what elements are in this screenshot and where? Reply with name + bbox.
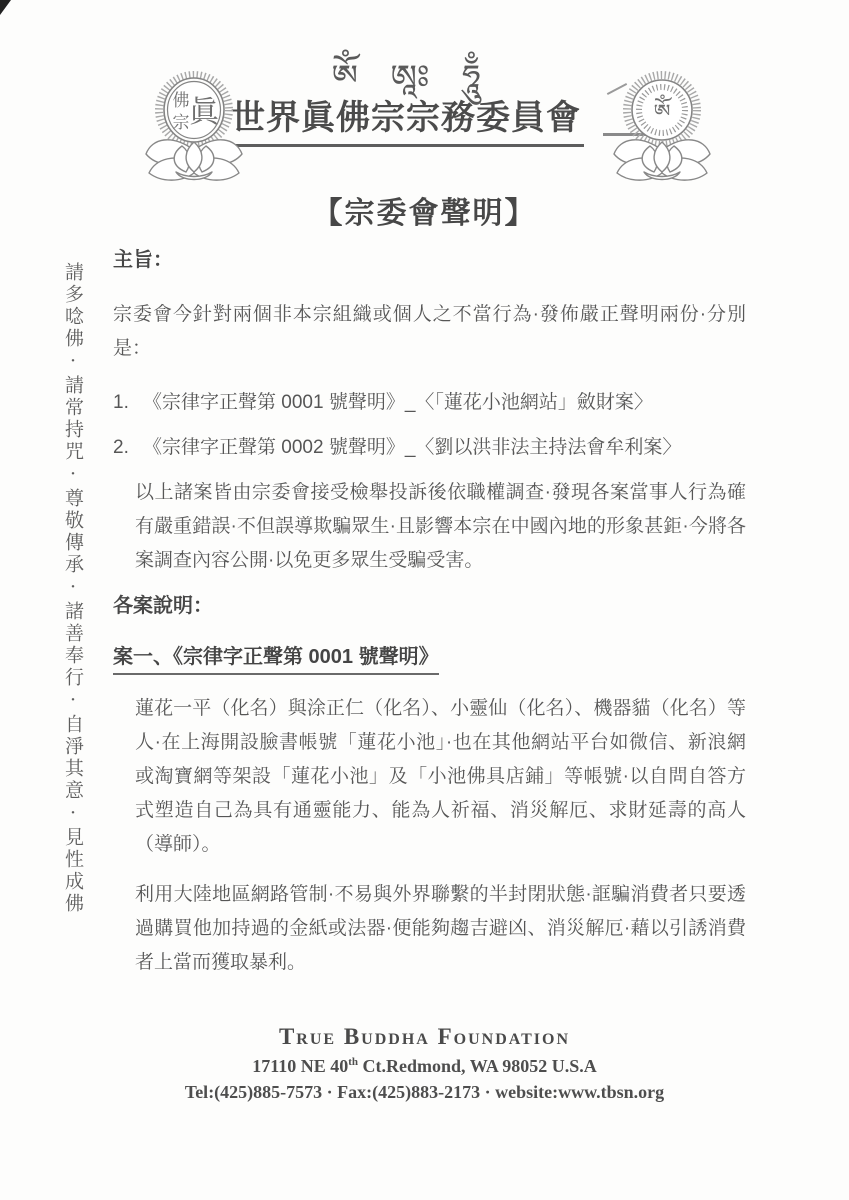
lotus-icon: [614, 140, 710, 180]
org-title-wrap: 世界眞佛宗宗務委員會: [228, 90, 584, 147]
list-item: 1. 《宗律字正聲第 0001 號聲明》_〈「蓮花小池網站」斂財案〉: [113, 386, 746, 420]
case1-paragraph-1: 蓮花一平（化名）與涂正仁（化名）、小靈仙（化名）、機器貓（化名）等人·在上海開設…: [113, 692, 746, 862]
document-page: ཨོཾ ཨཱཿ ཧཱུྃ 世界眞佛宗宗務委員會 眞 佛 宗 ༀ: [0, 0, 849, 1200]
case1-paragraph-2: 利用大陸地區網路管制·不易與外界聯繫的半封閉狀態·誆騙消費者只要透過購買他加持過…: [113, 878, 746, 980]
scan-corner-artifact: [0, 0, 11, 15]
subject-label: 主旨：: [113, 246, 746, 274]
lotus-icon: [146, 140, 242, 180]
org-title: 世界眞佛宗宗務委員會: [228, 90, 584, 147]
list-item-number: 1.: [113, 386, 143, 420]
footer-contact-line: Tel:(425)885-7573 · Fax:(425)883-2173 · …: [0, 1079, 849, 1105]
list-item-text: 《宗律字正聲第 0002 號聲明》_〈劉以洪非法主持法會牟利案〉: [143, 431, 746, 465]
document-body: 主旨： 宗委會今針對兩個非本宗組織或個人之不當行為·發佈嚴正聲明兩份·分別是： …: [113, 246, 746, 996]
summary-paragraph: 以上諸案皆由宗委會接受檢舉投訴後依職權調查·發現各案當事人行為確有嚴重錯誤·不但…: [113, 476, 746, 578]
doc-heading: 【宗委會聲明】: [0, 188, 849, 232]
seal-lotus-logo-left-icon: 眞 佛 宗: [142, 70, 246, 188]
letterhead-footer: True Buddha Foundation 17110 NE 40th Ct.…: [0, 1024, 849, 1105]
list-item: 2. 《宗律字正聲第 0002 號聲明》_〈劉以洪非法主持法會牟利案〉: [113, 431, 746, 465]
seal-char-fo: 佛: [173, 91, 190, 110]
footer-address: 17110 NE 40th Ct.Redmond, WA 98052 U.S.A: [0, 1050, 849, 1079]
subject-paragraph: 宗委會今針對兩個非本宗組織或個人之不當行為·發佈嚴正聲明兩份·分別是：: [113, 298, 746, 366]
seal-lotus-logo-right-icon: ༀ: [610, 70, 714, 188]
ordinal-suffix: th: [348, 1056, 358, 1068]
case1-heading: 案一、《宗律字正聲第 0001 號聲明》: [113, 642, 746, 672]
list-item-number: 2.: [113, 431, 143, 465]
list-item-text: 《宗律字正聲第 0001 號聲明》_〈「蓮花小池網站」斂財案〉: [143, 386, 746, 420]
side-note-vertical: 請多唸佛·請常持咒·尊敬傳承·諸善奉行·自淨其意·見性成佛: [60, 262, 87, 922]
footer-org-name: True Buddha Foundation: [0, 1024, 849, 1050]
seal-char-zhen: 眞: [189, 96, 221, 129]
case1-heading-text: 案一、《宗律字正聲第 0001 號聲明》: [113, 646, 439, 675]
cases-label: 各案說明：: [113, 592, 746, 620]
seal-char-zong: 宗: [173, 113, 190, 132]
